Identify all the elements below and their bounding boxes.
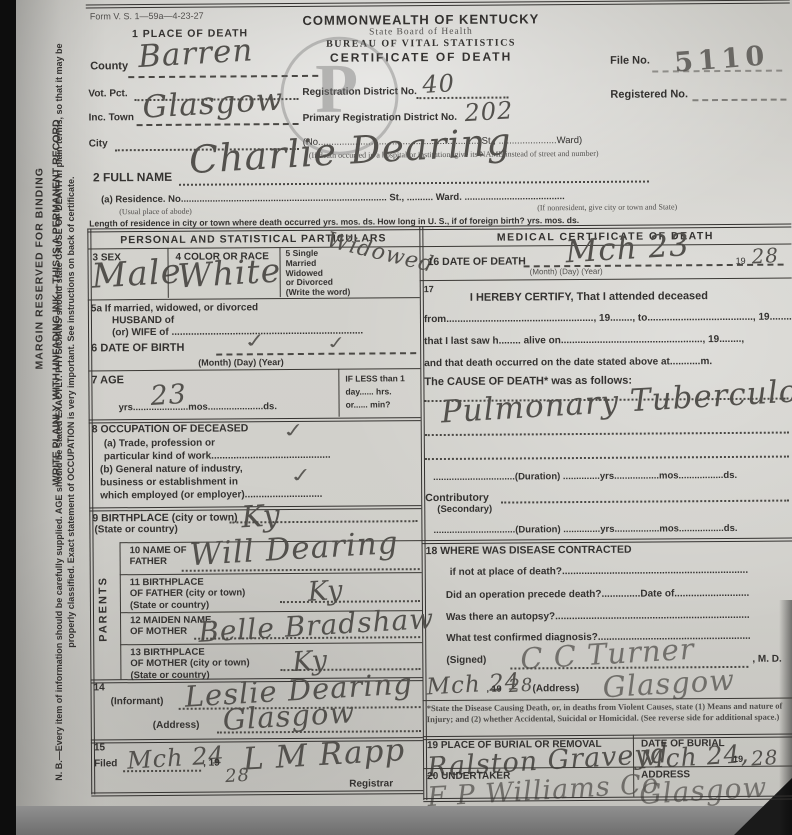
- age-label: 7 AGE: [91, 374, 124, 387]
- signed-year-prefix: , 19: [487, 684, 502, 695]
- margin-instructions-note: N. B.—Every item of information should b…: [53, 27, 77, 797]
- occupation-trade-label: (a) Trade, profession or particular kind…: [104, 436, 331, 464]
- certify-number: 17: [424, 284, 434, 295]
- inc-town-label: Inc. Town: [89, 112, 134, 124]
- mother-row-rule: [120, 642, 422, 645]
- dob-checkmark-2: ✓: [325, 332, 349, 354]
- burial-year-prefix: 19: [733, 754, 743, 765]
- dob-checkmark-1: ✓: [242, 329, 269, 353]
- disease-contracted-label: 18 WHERE WAS DISEASE CONTRACTED: [426, 544, 632, 558]
- filed-fill-line: [123, 770, 201, 773]
- date-of-birth-label: 6 DATE OF BIRTH: [91, 342, 184, 356]
- note5a-line1: 5a If married, widowed, or divorced: [91, 302, 258, 315]
- filed-year-prefix: , 19: [203, 758, 220, 770]
- occupation-industry-label: (b) General nature of industry, business…: [100, 462, 323, 503]
- abode-note: (Usual place of abode): [119, 207, 192, 217]
- signed-date-handwriting: Mch 24: [426, 669, 521, 701]
- county-label: County: [90, 60, 128, 73]
- question-operation: Did an operation precede death?.........…: [446, 588, 749, 602]
- cause-footnote: *State the Disease Causing Death, or, in…: [427, 701, 791, 725]
- filed-label: Filed: [94, 758, 117, 770]
- dob-columns-label: (Month) (Day) (Year): [198, 357, 284, 368]
- dod-row-bottom-rule: [420, 278, 792, 282]
- dob-row-bottom-rule: [88, 368, 420, 371]
- race-cell-rule: [279, 247, 280, 297]
- vot-pct-label: Vot. Pct.: [88, 88, 127, 100]
- certificate-form: Form V. S. 1—59a—4-23-27 1 PLACE OF DEAT…: [86, 0, 792, 814]
- registered-no-fill-line: [692, 99, 786, 102]
- age-cell-rule: [338, 369, 339, 417]
- registrar-label: Registrar: [349, 778, 393, 790]
- contributory-fill-line: [501, 500, 789, 504]
- dob-fill-line: [216, 352, 416, 355]
- date-of-death-columns-label: (Month) (Day) (Year): [530, 267, 603, 277]
- form-number: Form V. S. 1—59a—4-23-27: [90, 11, 204, 23]
- certify-death-occurred-line: and that death occurred on the date stat…: [424, 356, 712, 370]
- full-name-fill-line: [179, 181, 649, 186]
- inc-town-fill-line: [137, 123, 299, 126]
- stamp-letter: P: [315, 50, 358, 130]
- cause-fill-line-2: [425, 432, 789, 437]
- date-of-death-label: 16 DATE OF DEATH: [428, 255, 526, 268]
- race-value-handwriting: White: [177, 250, 283, 295]
- full-name-label: 2 FULL NAME: [93, 170, 172, 185]
- question-not-at-place: if not at place of death?...............…: [450, 565, 748, 579]
- father-name-label: 10 NAME OF FATHER: [130, 545, 187, 568]
- certify-heading: I HEREBY CERTIFY, That I attended deceas…: [470, 290, 708, 305]
- sex-row-bottom-rule: [88, 297, 420, 300]
- full-name-value-handwriting: Charlie Dearing: [188, 119, 513, 182]
- note5a-husband: HUSBAND of: [112, 315, 174, 327]
- registration-district-value-handwriting: 40: [422, 69, 456, 99]
- father-birthplace-label: 11 BIRTHPLACE OF FATHER (city or town) (…: [130, 576, 246, 611]
- father-name-fill-line: [182, 568, 420, 572]
- duration-line-1: ...............................(Duration…: [433, 470, 737, 484]
- filed-number: 15: [94, 742, 105, 754]
- informant-address-label: (Address): [153, 720, 200, 732]
- binding-edge-shadow: [0, 0, 16, 835]
- left-column-bottom-rule: [91, 790, 423, 796]
- nonresident-note: (If nonresident, give city or town and S…: [537, 202, 677, 213]
- county-value-handwriting: Barren: [137, 32, 254, 75]
- sex-value-handwriting: Male: [91, 251, 183, 296]
- md-label: , M. D.: [752, 654, 782, 666]
- cause-fill-line-3: [425, 456, 789, 461]
- certify-from-line: from....................................…: [424, 312, 792, 327]
- signed-address-label: (Address): [533, 683, 580, 695]
- father-birthplace-fill-line: [280, 600, 420, 603]
- informant-label: (Informant): [111, 696, 164, 708]
- top-rule: [86, 0, 790, 8]
- age-units-line: yrs.....................mos.............…: [119, 401, 277, 413]
- registered-no-label: Registered No.: [610, 88, 688, 102]
- file-no-label: File No.: [610, 55, 650, 68]
- informant-number: 14: [93, 682, 104, 694]
- certify-last-saw-line: that I last saw h........ alive on......…: [424, 334, 744, 348]
- file-no-stamp: 5110: [673, 40, 770, 78]
- parents-bracket-rule: [120, 542, 122, 679]
- inc-town-value-handwriting: Glasgow: [142, 81, 285, 125]
- secondary-label: (Secondary): [437, 504, 492, 516]
- signed-label: (Signed): [446, 655, 486, 667]
- birthplace-fill-line: [229, 520, 417, 523]
- undertaker-address-value-handwriting: Glasgow: [638, 770, 768, 811]
- birthplace-sub-label: (State or country): [94, 524, 177, 537]
- occupation-label: 8 OCCUPATION OF DECEASED: [92, 422, 249, 436]
- father-row-rule: [120, 572, 422, 575]
- city-label: City: [89, 138, 108, 150]
- duration-line-2: ...............................(Duration…: [433, 523, 737, 537]
- parents-label: PARENTS: [97, 549, 111, 669]
- father-name-value-handwriting: Will Dearing: [189, 525, 400, 573]
- signed-year-handwriting: 28: [508, 675, 534, 697]
- age-if-less-label: IF LESS than 1 day...... hrs. or...... m…: [345, 372, 405, 411]
- birthplace-value-handwriting: Ky: [240, 498, 281, 535]
- residence-line: (a) Residence. No.......................…: [101, 191, 565, 206]
- margin-binding-note: MARGIN RESERVED FOR BINDING: [34, 18, 47, 518]
- question-autopsy: Was there an autopsy?...................…: [446, 610, 750, 624]
